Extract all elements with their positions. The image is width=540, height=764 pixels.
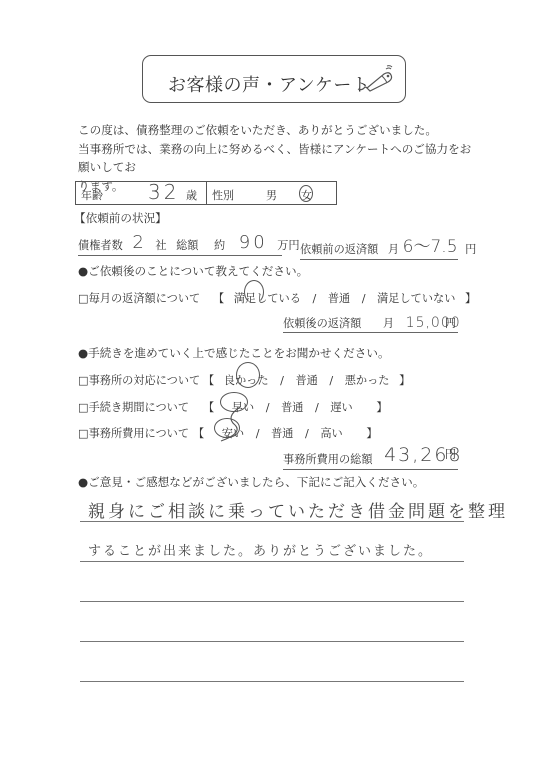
total-field: 約 90 万円 (208, 233, 282, 256)
total-approx: 約 (214, 239, 225, 252)
age-label: 年齢 (81, 187, 103, 203)
after-repayment-month: 月 (383, 317, 394, 330)
option-bad[interactable]: 悪かった (345, 374, 390, 387)
comments-heading: ●ご意見・ご感想などがございましたら、下記にご記入ください。 (78, 474, 424, 490)
option-expensive[interactable]: 高い (320, 427, 342, 440)
repayment-unit: 円 (465, 243, 476, 256)
selection-circle (236, 362, 260, 388)
comment-rule (80, 641, 464, 642)
fee-total-unit: 円 (445, 446, 456, 462)
fee-total-field: 事務所費用の総額 43,268 円 (283, 446, 458, 470)
after-repayment-unit: 円 (445, 315, 456, 331)
selection-stroke (215, 405, 245, 445)
after-repayment-field: 依頼後の返済額 月 15,000 円 (283, 315, 458, 333)
comment-rule (80, 561, 464, 562)
fee-total-label: 事務所費用の総額 (283, 453, 373, 466)
option-slow[interactable]: 遅い (330, 401, 352, 414)
intro-line: この度は、債務整理のご依頼をいただき、ありがとうございました。 (78, 121, 478, 140)
creditors-field: 債権者数 2 社 総額 (78, 233, 208, 256)
procedure-heading: ●手続きを進めていく上で感じたことをお聞かせください。 (78, 345, 390, 361)
question-fees: □事務所費用について (78, 425, 189, 441)
page-title: お客様の声・アンケート (168, 71, 370, 97)
creditors-unit: 社 (155, 239, 166, 252)
after-repayment-label: 依頼後の返済額 (283, 317, 361, 330)
creditors-label: 債権者数 (78, 239, 123, 252)
repayment-month: 月 (388, 243, 399, 256)
total-unit: 万円 (277, 239, 299, 252)
selection-circle (244, 280, 264, 304)
total-label: 総額 (176, 239, 198, 252)
age-value[interactable]: 32 (148, 180, 179, 204)
option-normal[interactable]: 普通 (295, 374, 317, 387)
gender-option-male[interactable]: 男 (266, 187, 277, 203)
monthly-question: □毎月の返済額について (78, 290, 200, 306)
option-normal[interactable]: 普通 (281, 401, 303, 414)
comment-rule (80, 681, 464, 682)
repayment-label: 依頼前の返済額 (300, 243, 378, 256)
question-office-response: □事務所の対応について (78, 372, 200, 388)
pencil-icon (356, 64, 396, 94)
option-normal[interactable]: 普通 (271, 427, 293, 440)
profile-box: 年齢 32 歳 性別 男 女 (75, 181, 337, 205)
repayment-value[interactable]: 6～7.5 (403, 237, 458, 257)
age-cell: 年齢 32 歳 (76, 182, 207, 204)
option-normal[interactable]: 普通 (328, 292, 350, 305)
intro-line: 当事務所では、業務の向上に努めるべく、皆様にアンケートへのご協力をお願いしてお (78, 140, 478, 177)
gender-label: 性別 (212, 187, 234, 203)
gender-cell: 性別 男 女 (207, 182, 336, 204)
creditors-value[interactable]: 2 (132, 232, 143, 253)
comment-rule (80, 601, 464, 602)
after-request-heading: ●ご依頼後のことについて教えてください。 (78, 263, 308, 279)
option-unsatisfied[interactable]: 満足していない (377, 292, 455, 305)
question-duration: □手続き期間について (78, 399, 189, 415)
comment-rule (80, 521, 464, 522)
age-unit: 歳 (186, 187, 197, 203)
before-request-heading: 【依頼前の状況】 (74, 210, 167, 226)
selection-circle (299, 185, 313, 202)
office-response-options: 【 良かった / 普通 / 悪かった 】 (203, 372, 410, 388)
total-value[interactable]: 90 (239, 232, 268, 253)
repayment-field: 依頼前の返済額 月 6～7.5 円 (300, 233, 458, 260)
comment-line-2[interactable]: することが出来ました。ありがとうございました。 (88, 540, 433, 559)
comment-line-1[interactable]: 親身にご相談に乗っていただき借金問題を整理 (88, 497, 508, 522)
